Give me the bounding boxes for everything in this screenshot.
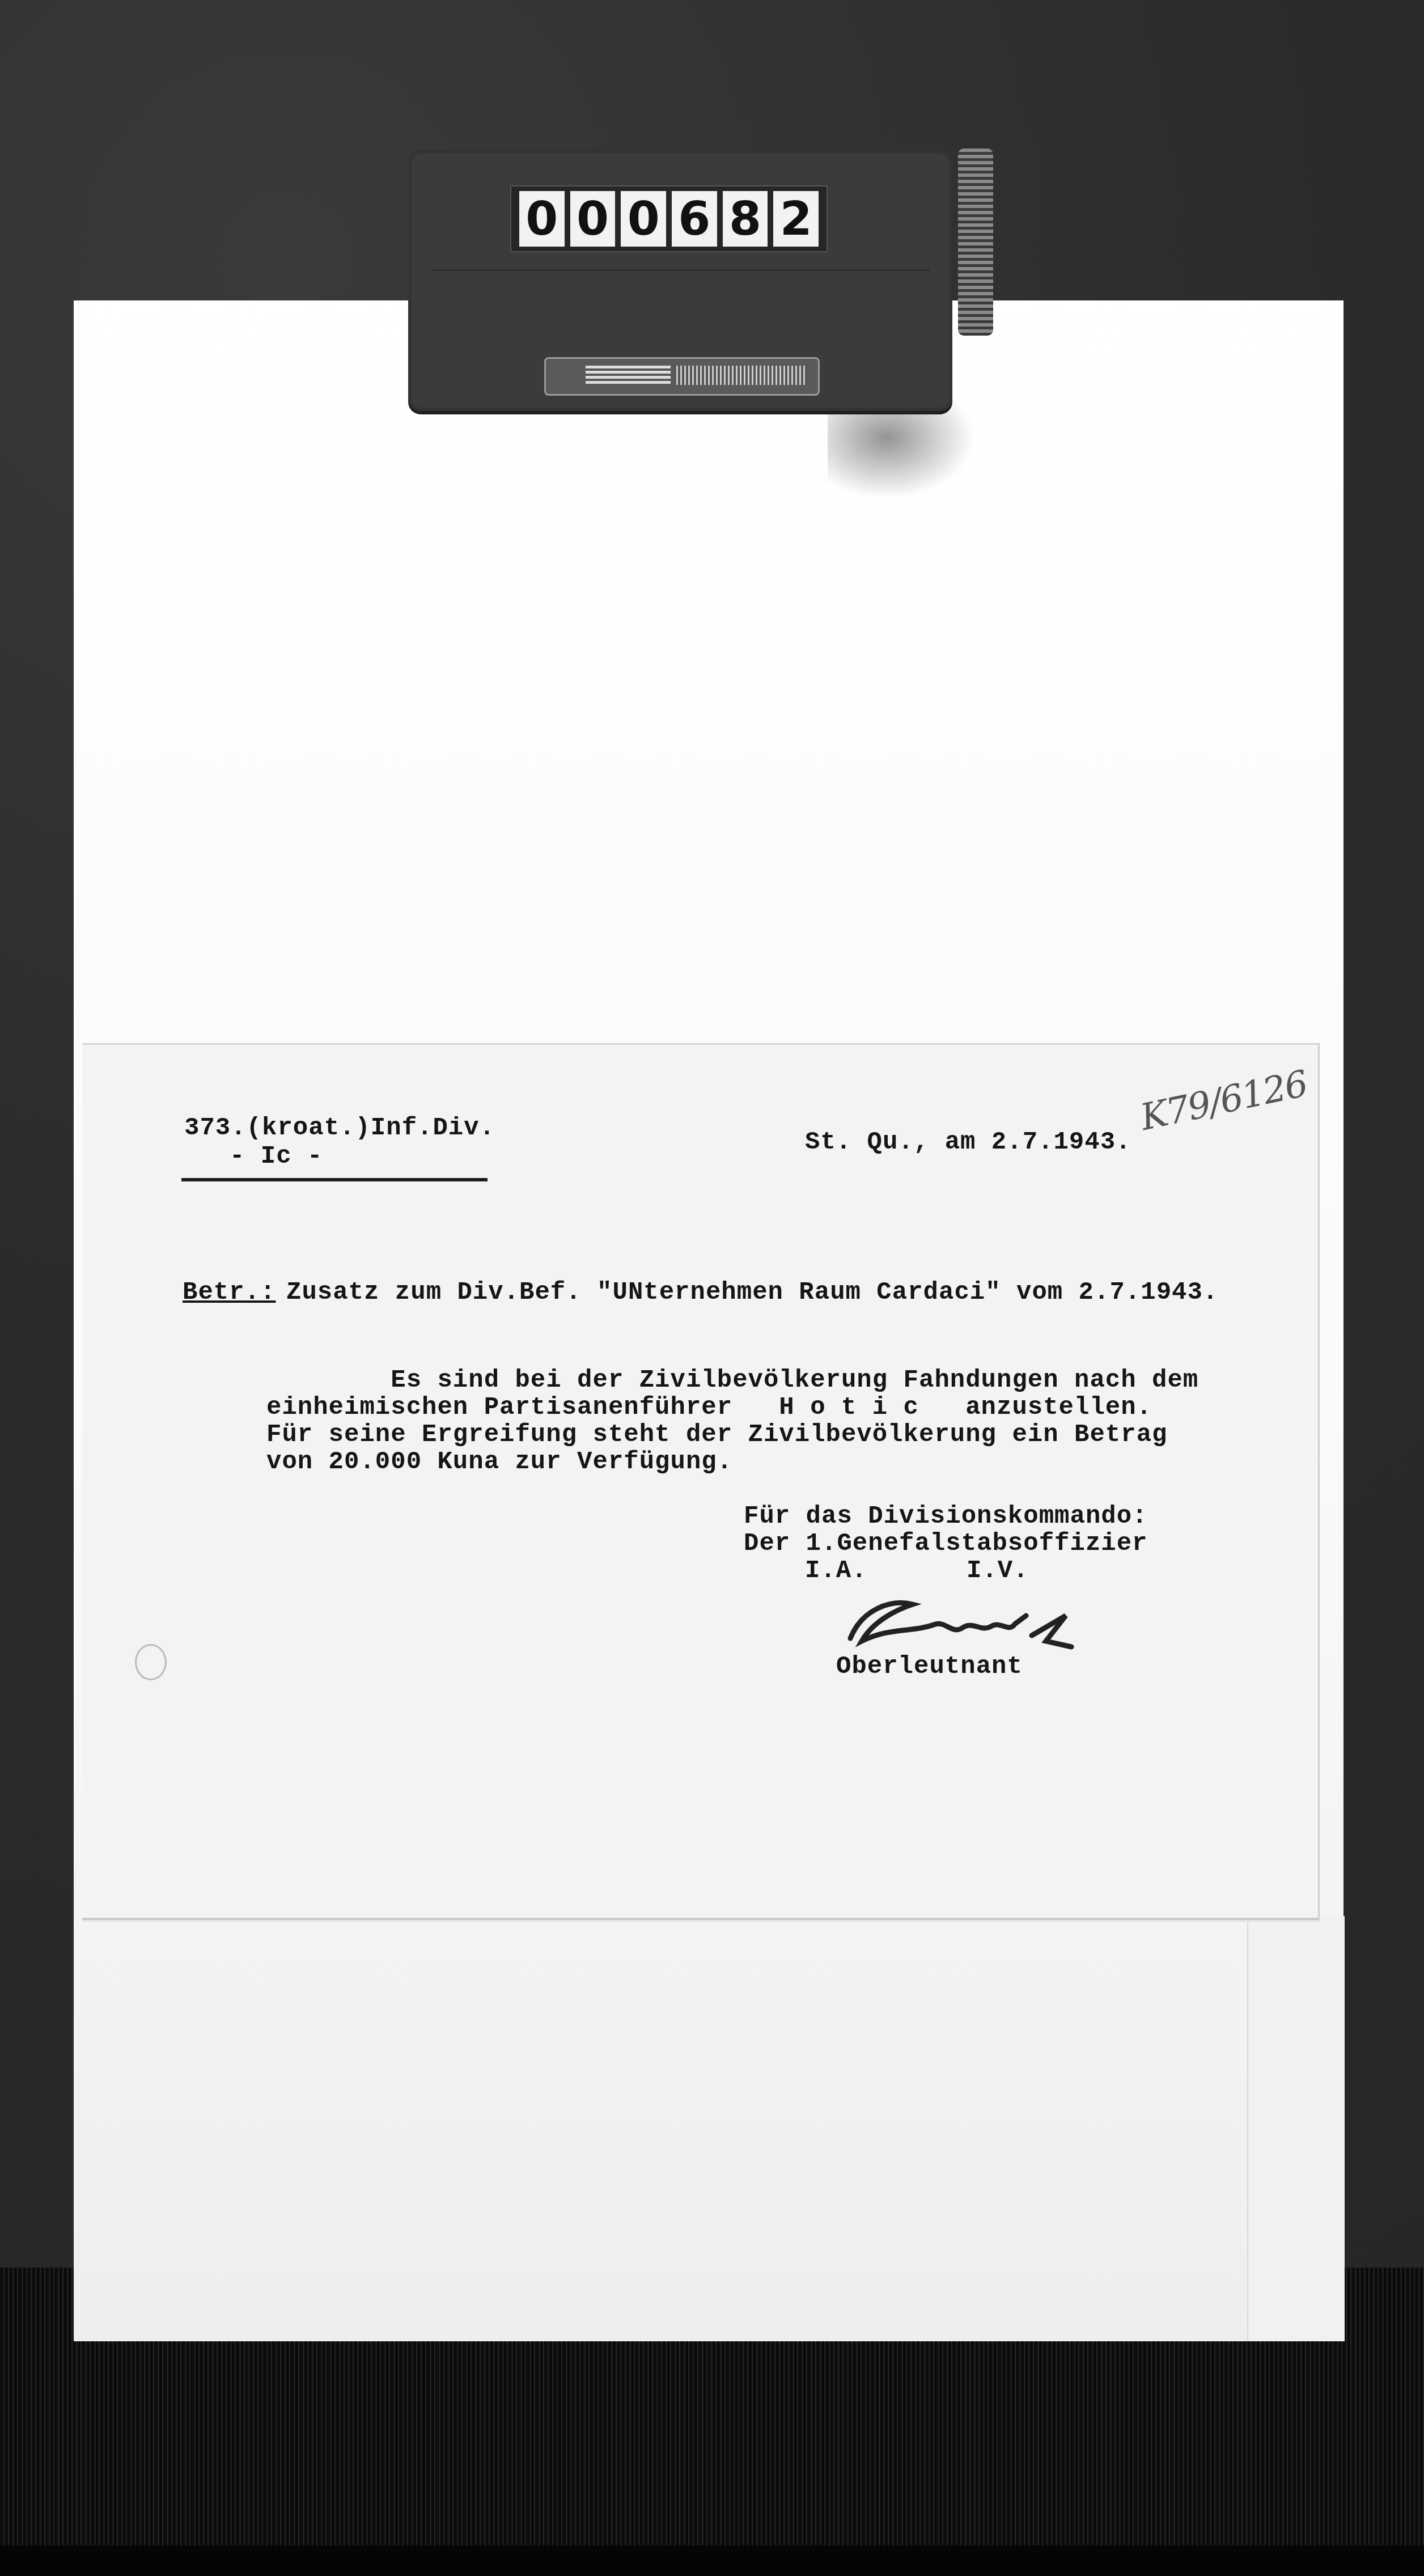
ink-smudge: [828, 397, 975, 499]
subject-label: Betr.:: [183, 1278, 276, 1307]
body-line: Es sind bei der Zivilbevölkerung Fahndun…: [266, 1366, 1198, 1395]
body-line: Für seine Ergreifung steht der Zivilbevö…: [266, 1421, 1167, 1449]
frame-counter-device: 0 0 0 6 8 2: [408, 150, 952, 411]
signature-icon: [839, 1593, 1077, 1655]
counter-digit: 8: [723, 191, 768, 247]
punch-hole: [135, 1644, 167, 1680]
subject-text: Zusatz zum Div.Bef. "UNternehmen Raum Ca…: [286, 1278, 1218, 1307]
body-line: von 20.000 Kuna zur Verfügung.: [266, 1448, 732, 1476]
heading-underline: [181, 1178, 488, 1181]
signatory-rank: Oberleutnant: [836, 1653, 1023, 1681]
letter-sheet: [82, 1043, 1320, 1920]
body-line: einheimischen Partisanenführer H o t i c…: [266, 1393, 1152, 1422]
place-date: St. Qu., am 2.7.1943.: [805, 1128, 1131, 1156]
closing-line: Der 1.Genefalstabsoffizier: [744, 1529, 1148, 1558]
section-heading: - Ic -: [230, 1142, 323, 1171]
closing-line: Für das Divisionskommando:: [744, 1502, 1148, 1531]
closing-ia: I.A.: [805, 1557, 867, 1585]
counter-digit: 0: [519, 191, 565, 247]
counter-display: 0 0 0 6 8 2: [510, 185, 828, 252]
counter-digit: 0: [570, 191, 616, 247]
counter-knob-icon: [958, 149, 993, 336]
counter-nameplate: [544, 357, 820, 396]
counter-digit: 6: [672, 191, 717, 247]
counter-digit: 0: [621, 191, 666, 247]
scanner-bottom-band: [0, 2545, 1424, 2576]
backing-sheet-edge: [1247, 1916, 1345, 2341]
unit-heading: 373.(kroat.)Inf.Div.: [184, 1114, 495, 1142]
closing-iv: I.V.: [967, 1557, 1029, 1585]
counter-digit: 2: [773, 191, 819, 247]
